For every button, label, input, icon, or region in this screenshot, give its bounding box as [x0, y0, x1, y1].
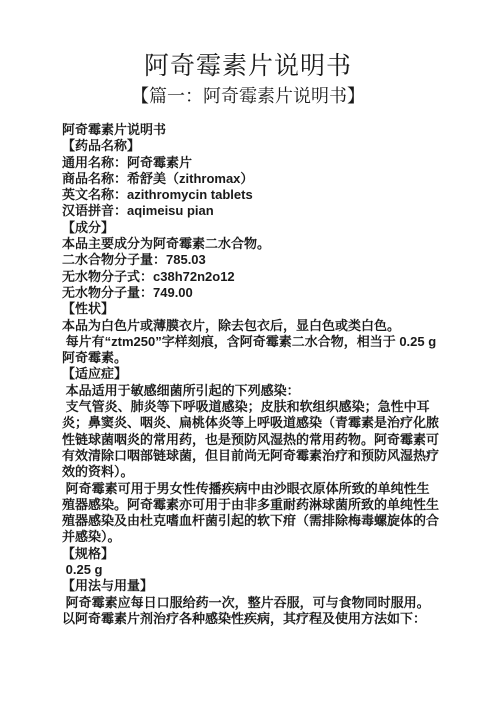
body-paragraph: 本品主要成分为阿奇霉素二水合物。 [62, 236, 440, 252]
document-body: 阿奇霉素片说明书【药品名称】通用名称：阿奇霉素片商品名称：希舒美（zithrom… [62, 122, 440, 627]
body-paragraph: 【用法与用量】 [62, 578, 440, 594]
body-paragraph: 【性状】 [62, 301, 440, 317]
body-paragraph: 【规格】 [62, 546, 440, 562]
body-paragraph: 每片有“ztm250”字样刻痕，含阿奇霉素二水合物，相当于 0.25 g 阿奇霉… [62, 334, 440, 367]
body-paragraph: 无水物分子式：c38h72n2o12 [62, 269, 440, 285]
body-paragraph: 英文名称：azithromycin tablets [62, 187, 440, 203]
body-paragraph: 商品名称：希舒美（zithromax） [62, 171, 440, 187]
document-title: 阿奇霉素片说明书 [0, 52, 496, 82]
body-paragraph: 无水物分子量：749.00 [62, 285, 440, 301]
document-section-heading: 【篇一：阿奇霉素片说明书】 [0, 85, 496, 108]
body-paragraph: 【适应症】 [62, 366, 440, 382]
body-paragraph: 本品适用于敏感细菌所引起的下列感染： [62, 383, 440, 399]
document-page: 阿奇霉素片说明书 【篇一：阿奇霉素片说明书】 阿奇霉素片说明书【药品名称】通用名… [0, 0, 496, 702]
body-paragraph: 0.25 g [62, 562, 440, 578]
body-paragraph: 阿奇霉素应每日口服给药一次，整片吞服，可与食物同时服用。以阿奇霉素片剂治疗各种感… [62, 595, 440, 628]
body-paragraph: 【成分】 [62, 220, 440, 236]
body-paragraph: 通用名称：阿奇霉素片 [62, 155, 440, 171]
body-paragraph: 支气管炎、肺炎等下呼吸道感染；皮肤和软组织感染；急性中耳炎；鼻窦炎、咽炎、扁桃体… [62, 399, 440, 480]
body-paragraph: 二水合物分子量：785.03 [62, 252, 440, 268]
body-paragraph: 本品为白色片或薄膜衣片，除去包衣后，显白色或类白色。 [62, 318, 440, 334]
body-paragraph: 【药品名称】 [62, 138, 440, 154]
body-paragraph: 汉语拼音：aqimeisu pian [62, 203, 440, 219]
body-paragraph: 阿奇霉素可用于男女性传播疾病中由沙眼衣原体所致的单纯性生殖器感染。阿奇霉素亦可用… [62, 481, 440, 546]
body-paragraph: 阿奇霉素片说明书 [62, 122, 440, 138]
